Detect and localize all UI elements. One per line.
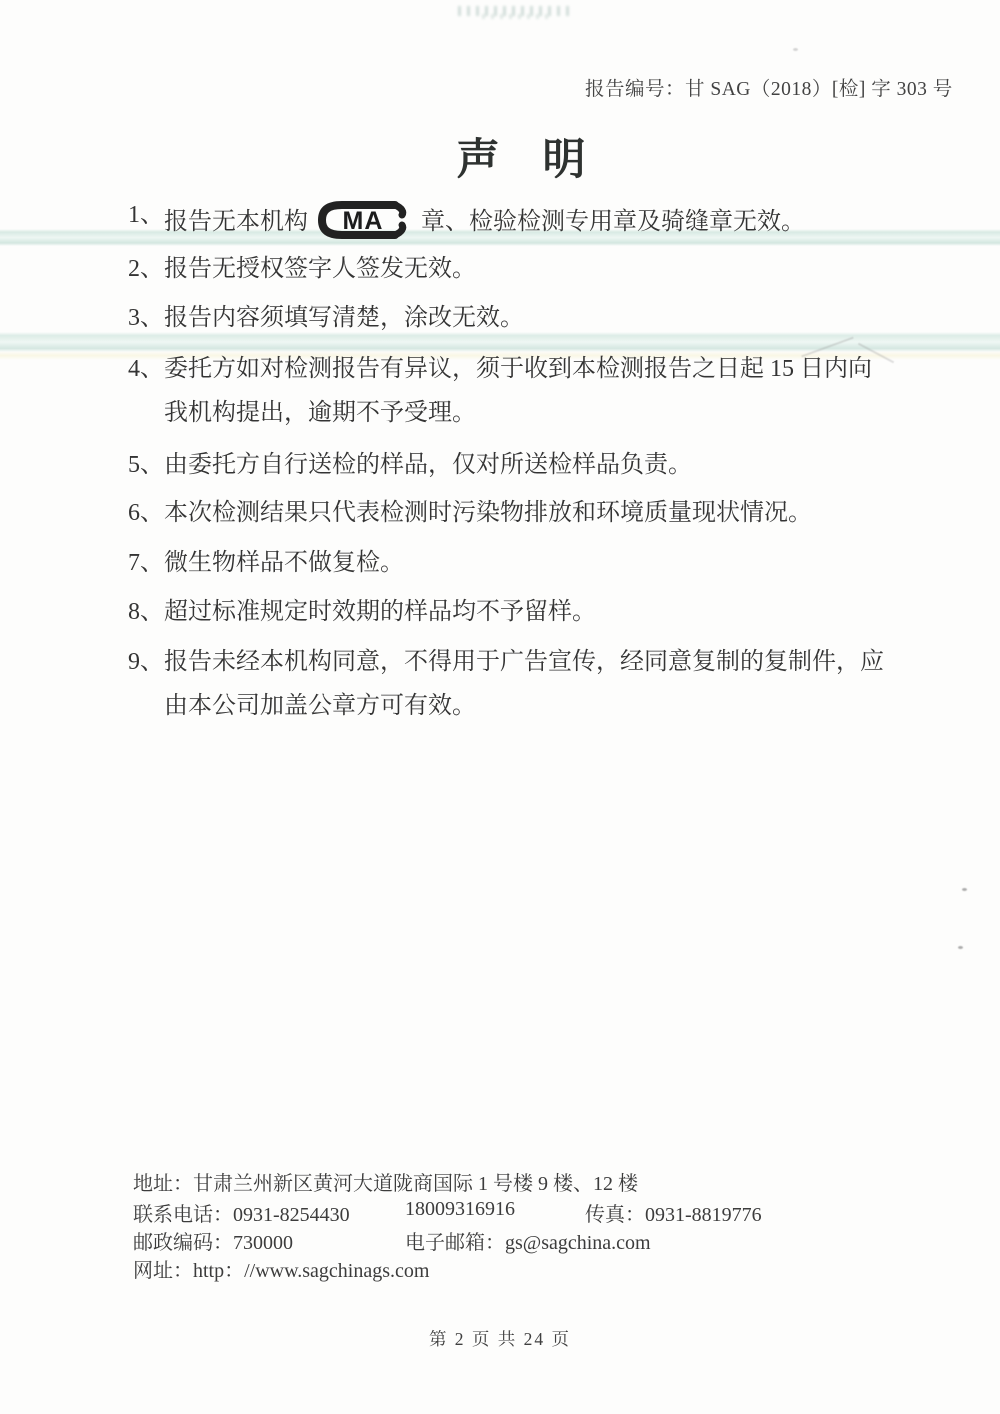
footer-website: 网址：http：//www.sagchinags.com (133, 1254, 429, 1283)
page-number: 第 2 页 共 24 页 (0, 1326, 1000, 1351)
statement-number: 7、 (128, 548, 164, 579)
statement-item-7: 7、 微生物样品不做复检。 (128, 548, 938, 579)
scan-artifact-smudge (482, 14, 552, 19)
footer-phone-line: 联系电话：0931-8254430 18009316916 传真：0931-88… (133, 1198, 953, 1224)
statement-text: 委托方如对检测报告有异议，须于收到本检测报告之日起 15 日内向我机构提出，逾期… (164, 354, 938, 429)
statement-item-6: 6、 本次检测结果只代表检测时污染物排放和环境质量现状情况。 (128, 498, 938, 529)
statement-text: 由委托方自行送检的样品，仅对所送检样品负责。 (164, 450, 938, 481)
scan-artifact-speck (793, 48, 798, 51)
statement-number: 8、 (128, 597, 164, 628)
scan-artifact-speck (962, 888, 967, 891)
statement-number: 5、 (128, 450, 164, 481)
statement-text: 超过标准规定时效期的样品均不予留样。 (164, 597, 938, 628)
statement-number: 4、 (128, 354, 164, 385)
statement-line: 超过标准规定时效期的样品均不予留样。 (164, 597, 938, 628)
statement-item-9: 9、 报告未经本机构同意，不得用于广告宣传，经同意复制的复制件，应由本公司加盖公… (128, 647, 938, 722)
title-char-1: 声 (457, 137, 500, 184)
statement-number: 1、 (128, 200, 164, 231)
footer-address: 地址：甘肃兰州新区黄河大道陇商国际 1 号楼 9 楼、12 楼 (133, 1167, 638, 1196)
footer-postcode-line: 邮政编码：730000 电子邮箱：gs@sagchina.com (133, 1226, 953, 1252)
footer-postcode: 邮政编码：730000 (133, 1226, 293, 1255)
statement-text-post: 章、检验检测专用章及骑缝章无效。 (421, 209, 805, 235)
statement-item-3: 3、 报告内容须填写清楚，涂改无效。 (128, 303, 938, 334)
statement-text: 报告未经本机构同意，不得用于广告宣传，经同意复制的复制件，应由本公司加盖公章方可… (164, 647, 938, 722)
statement-line: 本次检测结果只代表检测时污染物排放和环境质量现状情况。 (164, 498, 938, 529)
statement-item-8: 8、 超过标准规定时效期的样品均不予留样。 (128, 597, 938, 628)
footer-phone: 联系电话：0931-8254430 (133, 1198, 350, 1227)
document-page: 报告编号：甘 SAG（2018）[检] 字 303 号 声明 1、 报告无本机构… (0, 0, 1000, 1414)
statement-line: 微生物样品不做复检。 (164, 548, 938, 579)
cma-logo-icon: MA (318, 200, 413, 240)
statement-text: 微生物样品不做复检。 (164, 548, 938, 579)
footer-fax: 传真：0931-8819776 (585, 1198, 762, 1227)
footer-email: 电子邮箱：gs@sagchina.com (405, 1226, 651, 1255)
footer-address-line: 地址：甘肃兰州新区黄河大道陇商国际 1 号楼 9 楼、12 楼 (133, 1167, 953, 1193)
statement-number: 6、 (128, 498, 164, 529)
statement-line: 委托方如对检测报告有异议，须于收到本检测报告之日起 15 日内向 (164, 354, 938, 385)
report-number: 报告编号：甘 SAG（2018）[检] 字 303 号 (585, 77, 953, 103)
statement-text: 报告无本机构MA章、检验检测专用章及骑缝章无效。 (164, 200, 938, 240)
title-char-2: 明 (543, 137, 586, 184)
statement-line: 报告未经本机构同意，不得用于广告宣传，经同意复制的复制件，应 (164, 647, 938, 678)
statement-number: 3、 (128, 303, 164, 334)
statement-text: 报告内容须填写清楚，涂改无效。 (164, 303, 938, 334)
statement-item-5: 5、 由委托方自行送检的样品，仅对所送检样品负责。 (128, 450, 938, 481)
statement-line: 由本公司加盖公章方可有效。 (164, 691, 938, 722)
footer-mobile: 18009316916 (405, 1198, 515, 1221)
statement-line: 我机构提出，逾期不予受理。 (164, 398, 938, 429)
statement-item-2: 2、 报告无授权签字人签发无效。 (128, 254, 938, 285)
statement-number: 9、 (128, 647, 164, 678)
footer-contact: 地址：甘肃兰州新区黄河大道陇商国际 1 号楼 9 楼、12 楼 联系电话：093… (133, 1167, 953, 1287)
footer-website-line: 网址：http：//www.sagchinags.com (133, 1254, 953, 1280)
statement-line: 报告无授权签字人签发无效。 (164, 254, 938, 285)
statement-line: 报告内容须填写清楚，涂改无效。 (164, 303, 938, 334)
page-title: 声明 (0, 126, 1000, 187)
statement-text: 本次检测结果只代表检测时污染物排放和环境质量现状情况。 (164, 498, 938, 529)
statement-item-4: 4、 委托方如对检测报告有异议，须于收到本检测报告之日起 15 日内向我机构提出… (128, 354, 938, 429)
scan-artifact-band (0, 332, 1000, 352)
scan-artifact-smudge (458, 6, 570, 16)
statement-item-1: 1、 报告无本机构MA章、检验检测专用章及骑缝章无效。 (128, 200, 938, 240)
cma-logo-text: MA (343, 207, 384, 235)
statement-line: 由委托方自行送检的样品，仅对所送检样品负责。 (164, 450, 938, 481)
statement-text-pre: 报告无本机构 (164, 209, 308, 235)
statement-number: 2、 (128, 254, 164, 285)
scan-artifact-speck (958, 946, 963, 949)
statement-text: 报告无授权签字人签发无效。 (164, 254, 938, 285)
